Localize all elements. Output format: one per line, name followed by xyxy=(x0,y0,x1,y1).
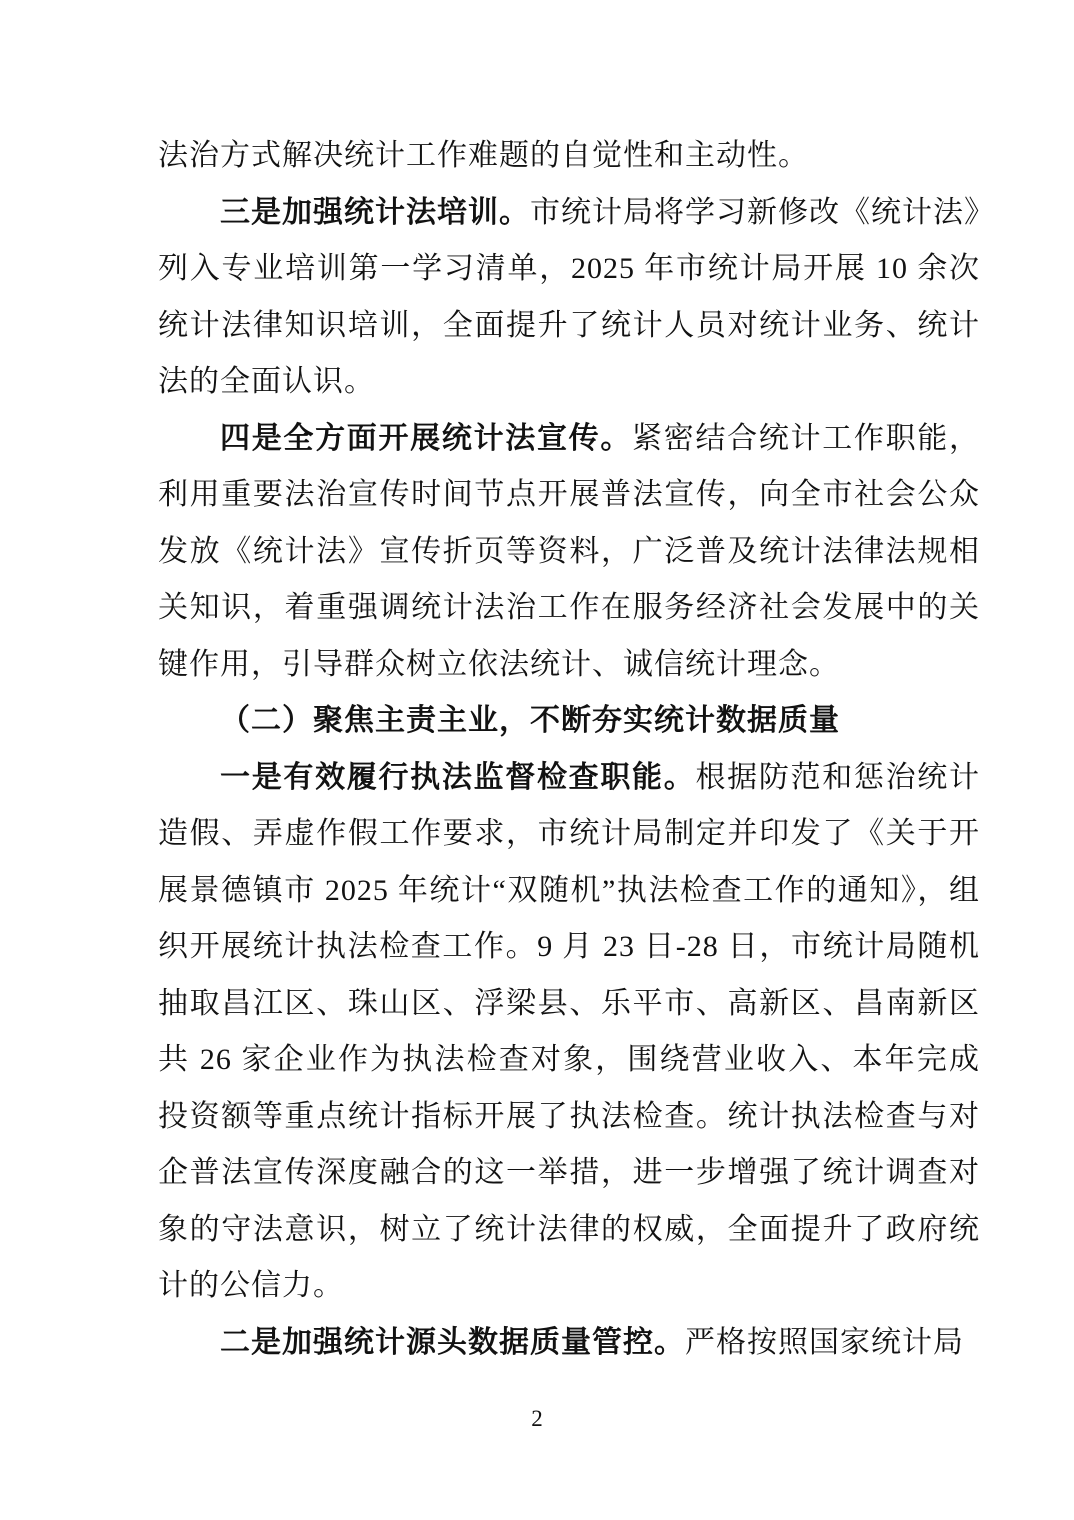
paragraph-lead: 三是加强统计法培训。 xyxy=(220,196,530,229)
section-heading-text: （二）聚焦主责主业，不断夯实统计数据质量 xyxy=(220,704,840,737)
page-number: 2 xyxy=(0,1404,1074,1434)
paragraph-continuation: 法治方式解决统计工作难题的自觉性和主动性。 xyxy=(158,128,980,185)
paragraph-text: 严格按照国家统计局 xyxy=(685,1326,964,1359)
paragraph-text: 根据防范和惩治统计造假、弄虚作假工作要求，市统计局制定并印发了《关于开展景德镇市… xyxy=(158,761,980,1303)
document-text-block: 法治方式解决统计工作难题的自觉性和主动性。 三是加强统计法培训。市统计局将学习新… xyxy=(158,128,980,1371)
paragraph-lead: 一是有效履行执法监督检查职能。 xyxy=(220,761,695,794)
paragraph: 二是加强统计源头数据质量管控。严格按照国家统计局 xyxy=(158,1315,980,1372)
paragraph-text: 紧密结合统计工作职能，利用重要法治宣传时间节点开展普法宣传，向全市社会公众发放《… xyxy=(158,422,980,681)
section-heading: （二）聚焦主责主业，不断夯实统计数据质量 xyxy=(158,693,980,750)
paragraph: 四是全方面开展统计法宣传。紧密结合统计工作职能，利用重要法治宣传时间节点开展普法… xyxy=(158,411,980,694)
paragraph: 一是有效履行执法监督检查职能。根据防范和惩治统计造假、弄虚作假工作要求，市统计局… xyxy=(158,750,980,1315)
paragraph-lead: 二是加强统计源头数据质量管控。 xyxy=(220,1326,685,1359)
document-page: 法治方式解决统计工作难题的自觉性和主动性。 三是加强统计法培训。市统计局将学习新… xyxy=(0,0,1074,1520)
paragraph-text: 法治方式解决统计工作难题的自觉性和主动性。 xyxy=(158,139,809,172)
paragraph: 三是加强统计法培训。市统计局将学习新修改《统计法》列入专业培训第一学习清单，20… xyxy=(158,185,980,411)
paragraph-lead: 四是全方面开展统计法宣传。 xyxy=(220,422,632,455)
